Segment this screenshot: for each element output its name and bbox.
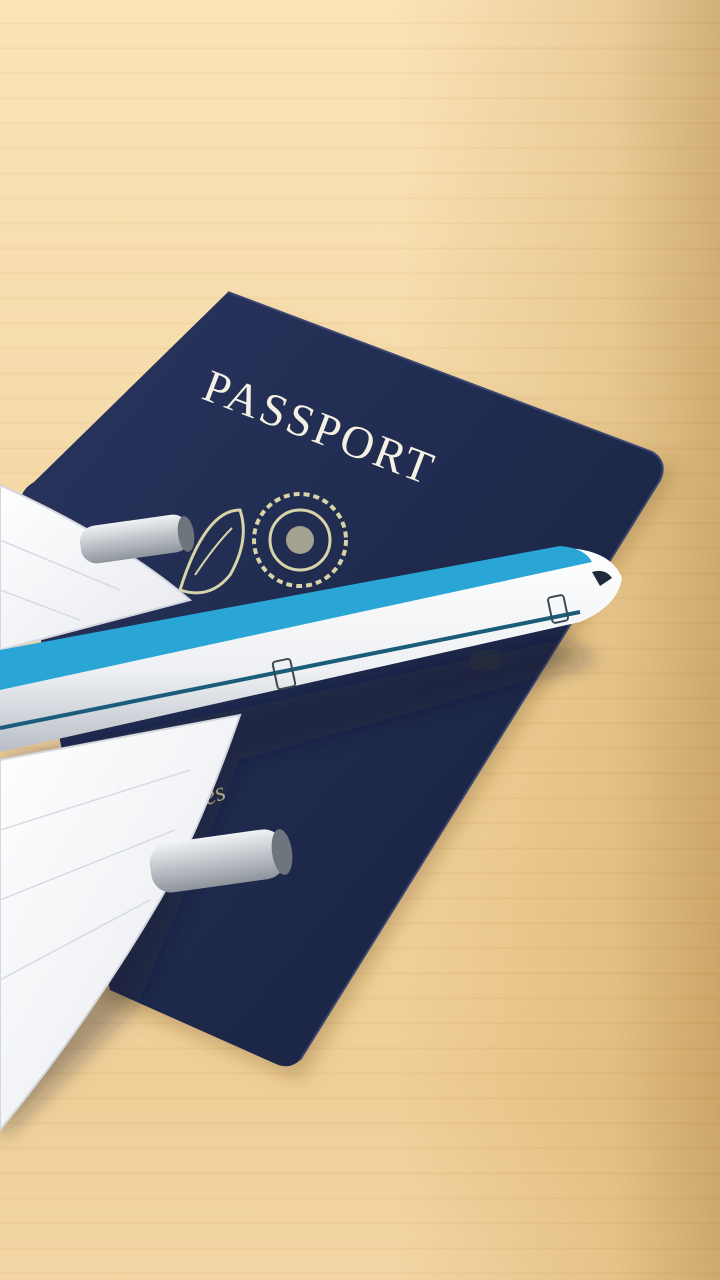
photo-scene: PASSPORT tes: [0, 0, 720, 1280]
photo-illustration: PASSPORT tes: [0, 0, 720, 1280]
